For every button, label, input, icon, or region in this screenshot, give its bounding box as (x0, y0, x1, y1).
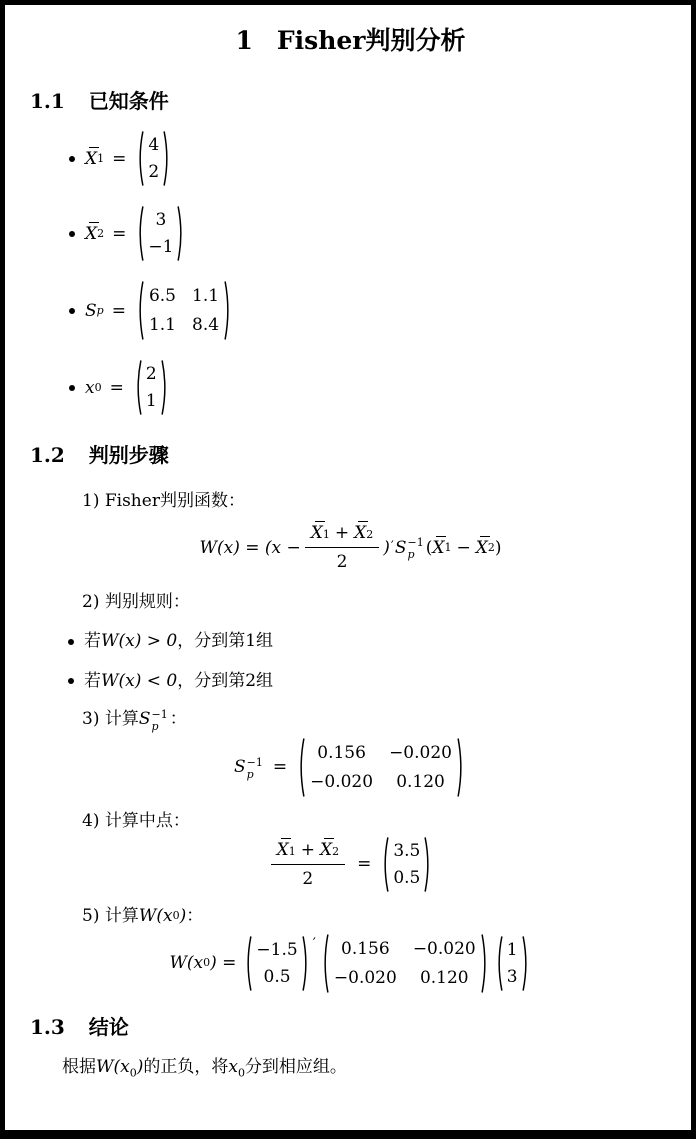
section-number: 1.1 (30, 88, 65, 114)
right-paren-icon (481, 933, 489, 994)
right-paren-icon (163, 130, 171, 187)
fraction-denominator: 2 (337, 548, 348, 573)
rule-post: ，分到第2组 (177, 671, 273, 691)
rule-item-1: 若W(x) > 0，分到第1组 (68, 630, 671, 652)
matrix-cell: −0.020 (389, 742, 452, 764)
vector-cell: 0.5 (264, 966, 291, 988)
prime-mark: ′ (313, 935, 316, 953)
math-text: W(x (139, 905, 173, 927)
right-paren-icon (224, 280, 232, 341)
formula-fisher-function: W(x) = (x − X1 + X2 2 )′S−1p(X1−X2) (30, 522, 671, 573)
bullet-icon (69, 231, 75, 237)
subscript: p (247, 769, 254, 780)
section-number: 1.3 (30, 1014, 65, 1040)
sub-sup-stack: −1p (408, 537, 424, 560)
list-item-sp: Sp = 6.5 1.1 1.1 8.4 (69, 280, 671, 341)
matrix-cell: 0.120 (396, 771, 445, 793)
section-title: 已知条件 (89, 88, 169, 114)
matrix-cell: −0.020 (334, 967, 397, 989)
section-heading-1-1: 1.1 已知条件 (30, 88, 671, 114)
left-paren-icon (297, 737, 305, 798)
equals-sign: = (110, 377, 124, 399)
left-paren-icon (381, 836, 389, 893)
column-vector: −1.5 0.5 (244, 935, 309, 992)
equals-sign: ) = (210, 952, 236, 974)
step-text: 5) 计算 (82, 905, 139, 927)
title-number: 1 (236, 25, 253, 58)
step-3-label: 3) 计算S−1p： (82, 708, 671, 731)
bullet-icon (69, 156, 75, 162)
plus-sign: + (335, 522, 349, 544)
close-paren: ) (180, 905, 187, 927)
minus-sign: − (456, 537, 470, 559)
left-paren-icon (495, 935, 503, 992)
step-1-label: 1) Fisher判别函数： (82, 490, 671, 512)
fraction: X1 + X2 2 (305, 522, 379, 573)
section-title: 判别步骤 (89, 442, 169, 468)
section-title: 结论 (89, 1014, 129, 1040)
section-number: 1.2 (30, 442, 65, 468)
rule-math: W(x) < 0 (101, 671, 177, 691)
equation-x0: x0 = 2 1 (85, 359, 171, 416)
column-vector: 4 2 (136, 130, 171, 187)
text: 分到相应组。 (245, 1057, 347, 1077)
vector-cell: 2 (146, 363, 157, 385)
rule-text: 若W(x) > 0，分到第1组 (84, 630, 273, 652)
left-paren-icon (321, 933, 329, 994)
formula-midpoint: X1 + X2 2 = 3.5 0.5 (30, 836, 671, 893)
var-x1bar: X (277, 839, 289, 861)
title-text: Fisher判别分析 (277, 25, 466, 58)
step-text: ： (186, 905, 203, 927)
matrix: 0.156 −0.020 −0.020 0.120 (297, 737, 465, 798)
var-x1bar: X (85, 148, 97, 170)
page-title: 1 Fisher判别分析 (30, 25, 671, 58)
right-paren-icon (302, 935, 310, 992)
left-paren-icon (136, 130, 144, 187)
subscript: 0 (130, 1067, 137, 1080)
var-sp: S (85, 300, 97, 322)
math-text: W(x (169, 952, 203, 974)
equals-sign: = (112, 148, 126, 170)
equals-sign: = (112, 300, 126, 322)
fraction-numerator: X1 + X2 (271, 839, 345, 865)
vector-cell: −1.5 (256, 939, 297, 961)
right-paren-icon (522, 935, 530, 992)
subscript: p (408, 549, 415, 560)
sub-sup-stack: −1p (247, 757, 263, 780)
rule-pre: 若 (84, 631, 101, 651)
superscript: −1 (408, 537, 424, 548)
step-5-label: 5) 计算W(x0)： (82, 905, 671, 927)
matrix-cell: 8.4 (192, 314, 219, 336)
var-s: S (234, 756, 246, 778)
superscript: −1 (247, 757, 263, 768)
matrix-cell: 1.1 (192, 285, 219, 307)
var-x2bar: X (320, 839, 332, 861)
document-page: 1 Fisher判别分析 1.1 已知条件 X1 = 4 2 (0, 0, 696, 1139)
left-paren-icon (136, 280, 144, 341)
close-paren: ) (383, 537, 390, 559)
var-x2bar: X (354, 522, 366, 544)
column-vector: 3.5 0.5 (381, 836, 432, 893)
vector-cell: 3.5 (393, 840, 420, 862)
equals-sign: = (273, 756, 287, 778)
close-paren: ) (495, 537, 502, 559)
conclusion-text: 根据W(x0)的正负，将x0分到相应组。 (62, 1056, 347, 1078)
vector-cell: 2 (148, 161, 159, 183)
list-item-x2bar: X2 = 3 −1 (69, 205, 671, 262)
var-x1bar: X (432, 537, 444, 559)
var-s: S (139, 708, 151, 730)
formula-sp-inverse: S −1p = 0.156 −0.020 −0.020 0.120 (30, 737, 671, 798)
left-paren-icon (136, 205, 144, 262)
var-s: S (395, 537, 407, 559)
right-paren-icon (457, 737, 465, 798)
left-paren-icon (244, 935, 252, 992)
step-text: 1) Fisher判别函数： (82, 490, 245, 512)
fraction: X1 + X2 2 (271, 839, 345, 890)
equals-sign: = (112, 223, 126, 245)
var-x1bar: X (311, 522, 323, 544)
matrix: 6.5 1.1 1.1 8.4 (136, 280, 232, 341)
step-2-label: 2) 判别规则： (82, 591, 671, 613)
list-item-x0: x0 = 2 1 (69, 359, 671, 416)
section-heading-1-2: 1.2 判别步骤 (30, 442, 671, 468)
right-paren-icon (424, 836, 432, 893)
given-conditions-list: X1 = 4 2 X2 = 3 (69, 130, 671, 416)
rule-pre: 若 (84, 671, 101, 691)
vector-cell: −1 (148, 236, 173, 258)
subscript: p (152, 721, 159, 732)
section-heading-1-3: 1.3 结论 (30, 1014, 671, 1040)
var-x2bar: X (85, 223, 97, 245)
column-vector: 1 3 (495, 935, 530, 992)
text: 根据 (62, 1057, 96, 1077)
math-text: W(x) = (x − (200, 537, 301, 559)
step-text: 3) 计算 (82, 708, 139, 730)
bullet-icon (68, 639, 74, 645)
matrix: 0.156 −0.020 −0.020 0.120 (321, 933, 489, 994)
equation-x1bar: X1 = 4 2 (85, 130, 173, 187)
rule-math: W(x) > 0 (101, 631, 177, 651)
math-text: x (228, 1057, 238, 1077)
step-text: 2) 判别规则： (82, 591, 190, 613)
fraction-numerator: X1 + X2 (305, 522, 379, 548)
bullet-icon (68, 678, 74, 684)
column-vector: 2 1 (134, 359, 169, 416)
vector-cell: 1 (146, 390, 157, 412)
vector-cell: 0.5 (393, 867, 420, 889)
rule-item-2: 若W(x) < 0，分到第2组 (68, 670, 671, 692)
vector-cell: 4 (148, 134, 159, 156)
sub-sup-stack: −1p (152, 709, 168, 732)
math-text: W(x (96, 1057, 130, 1077)
list-item-x1bar: X1 = 4 2 (69, 130, 671, 187)
bullet-icon (69, 308, 75, 314)
equals-sign: = (357, 853, 371, 875)
formula-w-x0: W(x0) = −1.5 0.5 ′ 0.156 −0.020 −0.020 0… (30, 933, 671, 994)
matrix-cell: 0.156 (341, 938, 390, 960)
step-4-label: 4) 计算中点： (82, 810, 671, 832)
var-x2bar: X (476, 537, 488, 559)
matrix-cell: 0.156 (317, 742, 366, 764)
matrix-cell: −0.020 (310, 771, 373, 793)
column-vector: 3 −1 (136, 205, 185, 262)
fraction-denominator: 2 (302, 865, 313, 890)
text: 的正负，将 (143, 1057, 228, 1077)
matrix-cell: 1.1 (149, 314, 176, 336)
bullet-icon (69, 385, 75, 391)
subscript: 0 (238, 1067, 245, 1080)
superscript: −1 (152, 709, 168, 720)
vector-cell: 1 (507, 939, 518, 961)
matrix-cell: 0.120 (420, 967, 469, 989)
matrix-cell: −0.020 (413, 938, 476, 960)
var-x0: x (85, 377, 95, 399)
plus-sign: + (301, 839, 315, 861)
conclusion-paragraph: 根据W(x0)的正负，将x0分到相应组。 (62, 1056, 671, 1078)
right-paren-icon (177, 205, 185, 262)
matrix-cell: 6.5 (149, 285, 176, 307)
rule-post: ，分到第1组 (177, 631, 273, 651)
step-text: ： (170, 708, 187, 730)
equation-sp: Sp = 6.5 1.1 1.1 8.4 (85, 280, 234, 341)
step-text: 4) 计算中点： (82, 810, 190, 832)
left-paren-icon (134, 359, 142, 416)
vector-cell: 3 (507, 966, 518, 988)
rule-text: 若W(x) < 0，分到第2组 (84, 670, 273, 692)
equation-x2bar: X2 = 3 −1 (85, 205, 187, 262)
prime-mark: ′ (391, 539, 394, 556)
vector-cell: 3 (155, 209, 166, 231)
right-paren-icon (161, 359, 169, 416)
